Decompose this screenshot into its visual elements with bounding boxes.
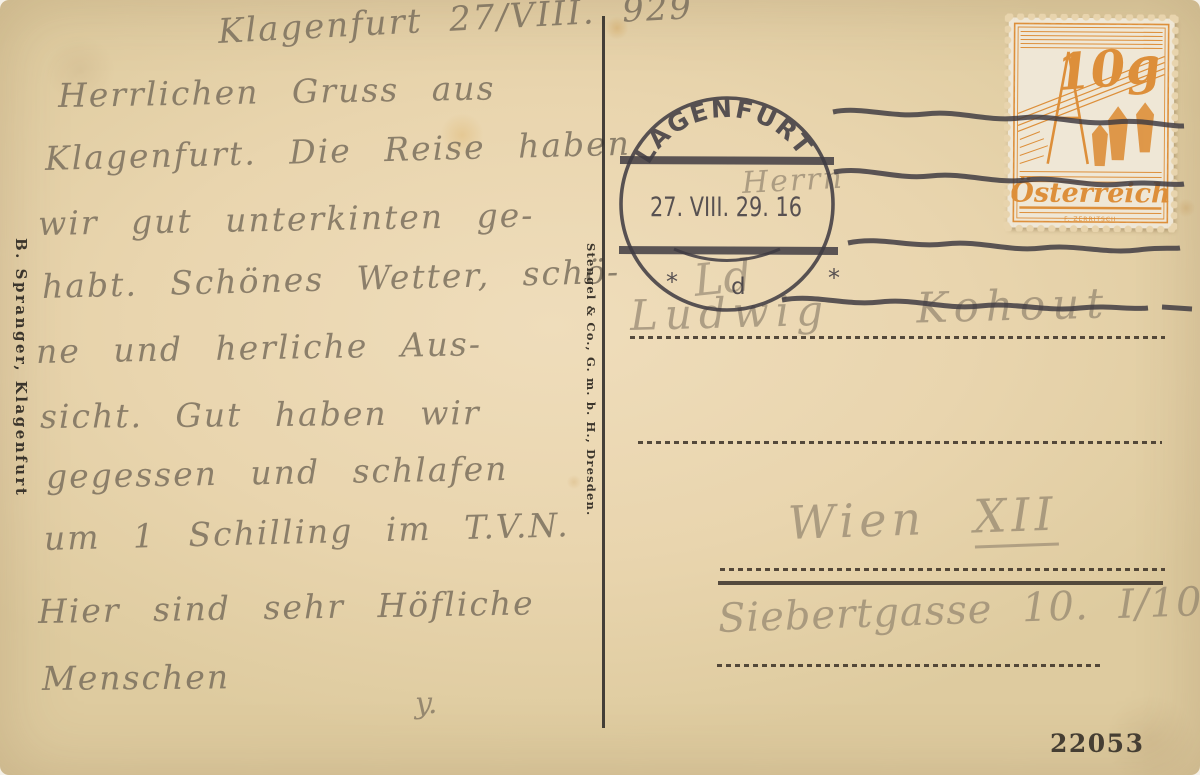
stamp-perforation	[1003, 13, 1015, 231]
message-line: um 1 Schilling im T.V.N.	[43, 505, 570, 558]
signature-mark: y.	[415, 686, 438, 721]
address-prefix: Herrn	[741, 161, 845, 201]
message-address-divider	[602, 16, 605, 728]
message-line: Herrlichen Gruss aus	[58, 68, 496, 115]
postcard-back: Klagenfurt 27/VIII. 929 Herrlichen Gruss…	[0, 0, 1200, 775]
message-line: gegessen und schlafen	[46, 449, 509, 496]
address-city: Wien	[787, 491, 927, 550]
address-dotted-line	[717, 664, 1101, 667]
message-line: sicht. Gut haben wir	[40, 393, 481, 436]
address-street: Siebertgasse 10. I/10	[717, 579, 1200, 642]
stamp-value: 10g	[1054, 35, 1163, 102]
printer-imprint: Stengel & Co., G. m. b. H., Dresden.	[584, 243, 598, 505]
address-district: XII	[973, 487, 1059, 549]
stamp-perforation	[1167, 15, 1179, 233]
message-line: Hier sind sehr Höfliche	[38, 583, 535, 631]
stamp-perforation	[1003, 221, 1177, 232]
stamp-wheat-sheaves	[1092, 102, 1154, 166]
address-city-line: Wien XII	[787, 487, 1058, 550]
stamp-perforation	[1005, 13, 1179, 24]
stamp-bottom-rules	[1019, 208, 1161, 214]
message-line: habt. Schönes Wetter, schö-	[41, 252, 620, 306]
stamp-country: Österreich	[1011, 174, 1170, 209]
message-line: Klagenfurt. Die Reise haben	[44, 124, 631, 178]
card-number: 22053	[1050, 729, 1144, 758]
handwritten-dateline: Klagenfurt 27/VIII. 929	[217, 0, 694, 52]
message-line: wir gut unterkinten ge-	[38, 195, 535, 243]
postage-stamp: 10g Österreich F. ZERRITSCH	[1003, 13, 1179, 232]
stamp-field-telegraph-art-icon: 10g Österreich F. ZERRITSCH	[1011, 21, 1170, 224]
address-dotted-line	[638, 441, 1162, 444]
message-line: Menschen	[42, 657, 230, 698]
publisher-imprint: B. Spranger, Klagenfurt	[12, 238, 30, 500]
message-line: ne und herliche Aus-	[36, 324, 483, 371]
address-dotted-line	[720, 568, 1165, 571]
